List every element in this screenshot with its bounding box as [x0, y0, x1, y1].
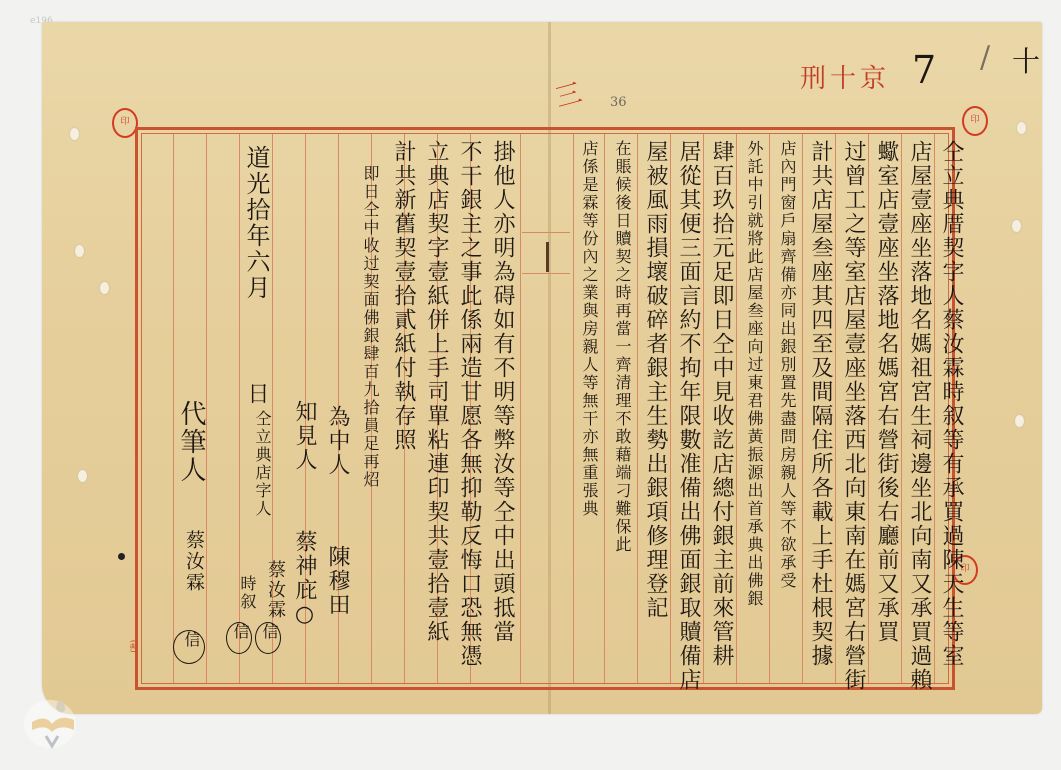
paper-hole: [100, 282, 109, 294]
paper-hole: [78, 470, 87, 482]
deed-column-9: 居從其便三面言約不拘年限數准備出佛面銀取贖備店: [673, 140, 703, 692]
paper-hole: [1017, 122, 1026, 134]
deed-column-12: 店係是霖等份內之業與房親人等無干亦無重張典: [574, 140, 604, 518]
column-rule: [802, 134, 803, 683]
cross-mark: 十: [1012, 40, 1040, 80]
signatories-label: 仝立典店字人: [247, 410, 277, 518]
paper-hole: [1012, 220, 1021, 232]
deed-date: 道光拾年六月: [241, 145, 271, 301]
column-rule: [604, 134, 605, 683]
paper-hole: [70, 128, 79, 140]
signatory-name-1: 蔡汝霖: [260, 560, 290, 620]
column-rule: [736, 134, 737, 683]
receipt-line: 即日仝中收过契面佛銀肆百九拾員足再炤: [355, 165, 385, 489]
witness-label: 知見人: [289, 400, 319, 472]
deed-column-14: 不干銀主之事此係兩造甘愿各無抑勒反悔口恐無憑: [454, 140, 484, 668]
scribe-mark: 信: [173, 630, 205, 664]
column-rule: [173, 134, 174, 683]
column-rule: [637, 134, 638, 683]
middleman-label: 為中人: [322, 405, 352, 477]
black-annotation: 7: [912, 48, 936, 92]
deed-column-5: 計共店屋叁座其四至及間隔住所各載上手杜根契據: [805, 140, 835, 668]
deed-column-1: 仝立典厝契字人蔡汝霖時叙等有承買過陳天生等室: [936, 140, 966, 668]
deed-column-16: 計共新舊契壹拾貳紙付執存照: [388, 140, 418, 452]
column-rule: [868, 134, 869, 683]
deed-column-4: 过曾工之等室店屋壹座坐落西北向東南在媽宮右營街: [838, 140, 868, 692]
deed-column-7: 外託中引就將此店屋叁座向过東君佛黃振源出首承典出佛銀: [739, 140, 769, 608]
scribe-label: 代筆人: [176, 400, 206, 484]
deed-column-11: 在賬候後日贖契之時再當一齊清理不敢藉端刁難保此: [607, 140, 637, 554]
paper-hole: [1015, 415, 1024, 427]
signature-mark-1: 信: [255, 622, 281, 654]
signatory-name-2: 時叙: [232, 575, 262, 611]
column-rule: [769, 134, 770, 683]
center-plate-mark: [546, 242, 549, 272]
column-rule: [835, 134, 836, 683]
deed-column-8: 肆百玖拾元足即日仝中見收訖店總付銀主前來管耕: [706, 140, 736, 668]
witness-name: 蔡神庇○: [289, 530, 319, 629]
day-label: 日: [241, 382, 271, 406]
deed-column-10: 屋被風雨損壞破碎者銀主生勢出銀項修理登記: [640, 140, 670, 620]
column-rule: [901, 134, 902, 683]
column-rule: [934, 134, 935, 683]
slash-mark: /: [980, 40, 990, 75]
deed-column-3: 蠍室店壹座坐落地名媽宮右營街後右廳前又承買: [871, 140, 901, 644]
column-rule: [206, 134, 207, 683]
red-seal-top-right: 印: [962, 106, 988, 136]
deed-column-13: 掛他人亦明為碍如有不明等弊汝等仝中出頭抵當: [487, 140, 517, 644]
scribe-name: 蔡汝霖: [179, 530, 209, 593]
deed-column-6: 店內門窗戶扇齊備亦同出銀別置先盡問房親人等不欲承受: [772, 140, 802, 590]
deed-column-15: 立典店契字壹紙併上手司單粘連印契共壹拾壹紙: [421, 140, 451, 644]
pencil-page-number: 36: [610, 95, 627, 110]
middleman-name: 陳穆田: [322, 545, 352, 617]
ink-dot: [118, 553, 125, 560]
column-rule: [703, 134, 704, 683]
paper-hole: [75, 245, 84, 257]
center-binding-band: [520, 134, 574, 683]
library-book-logo-icon: [18, 690, 88, 760]
red-annotation: 刑十京: [800, 58, 890, 95]
deed-column-2: 店屋壹座坐落地名媽祖宮生祠邊坐北向南又承買過賴: [904, 140, 934, 692]
signature-mark-2: 信: [226, 622, 252, 654]
column-rule: [670, 134, 671, 683]
